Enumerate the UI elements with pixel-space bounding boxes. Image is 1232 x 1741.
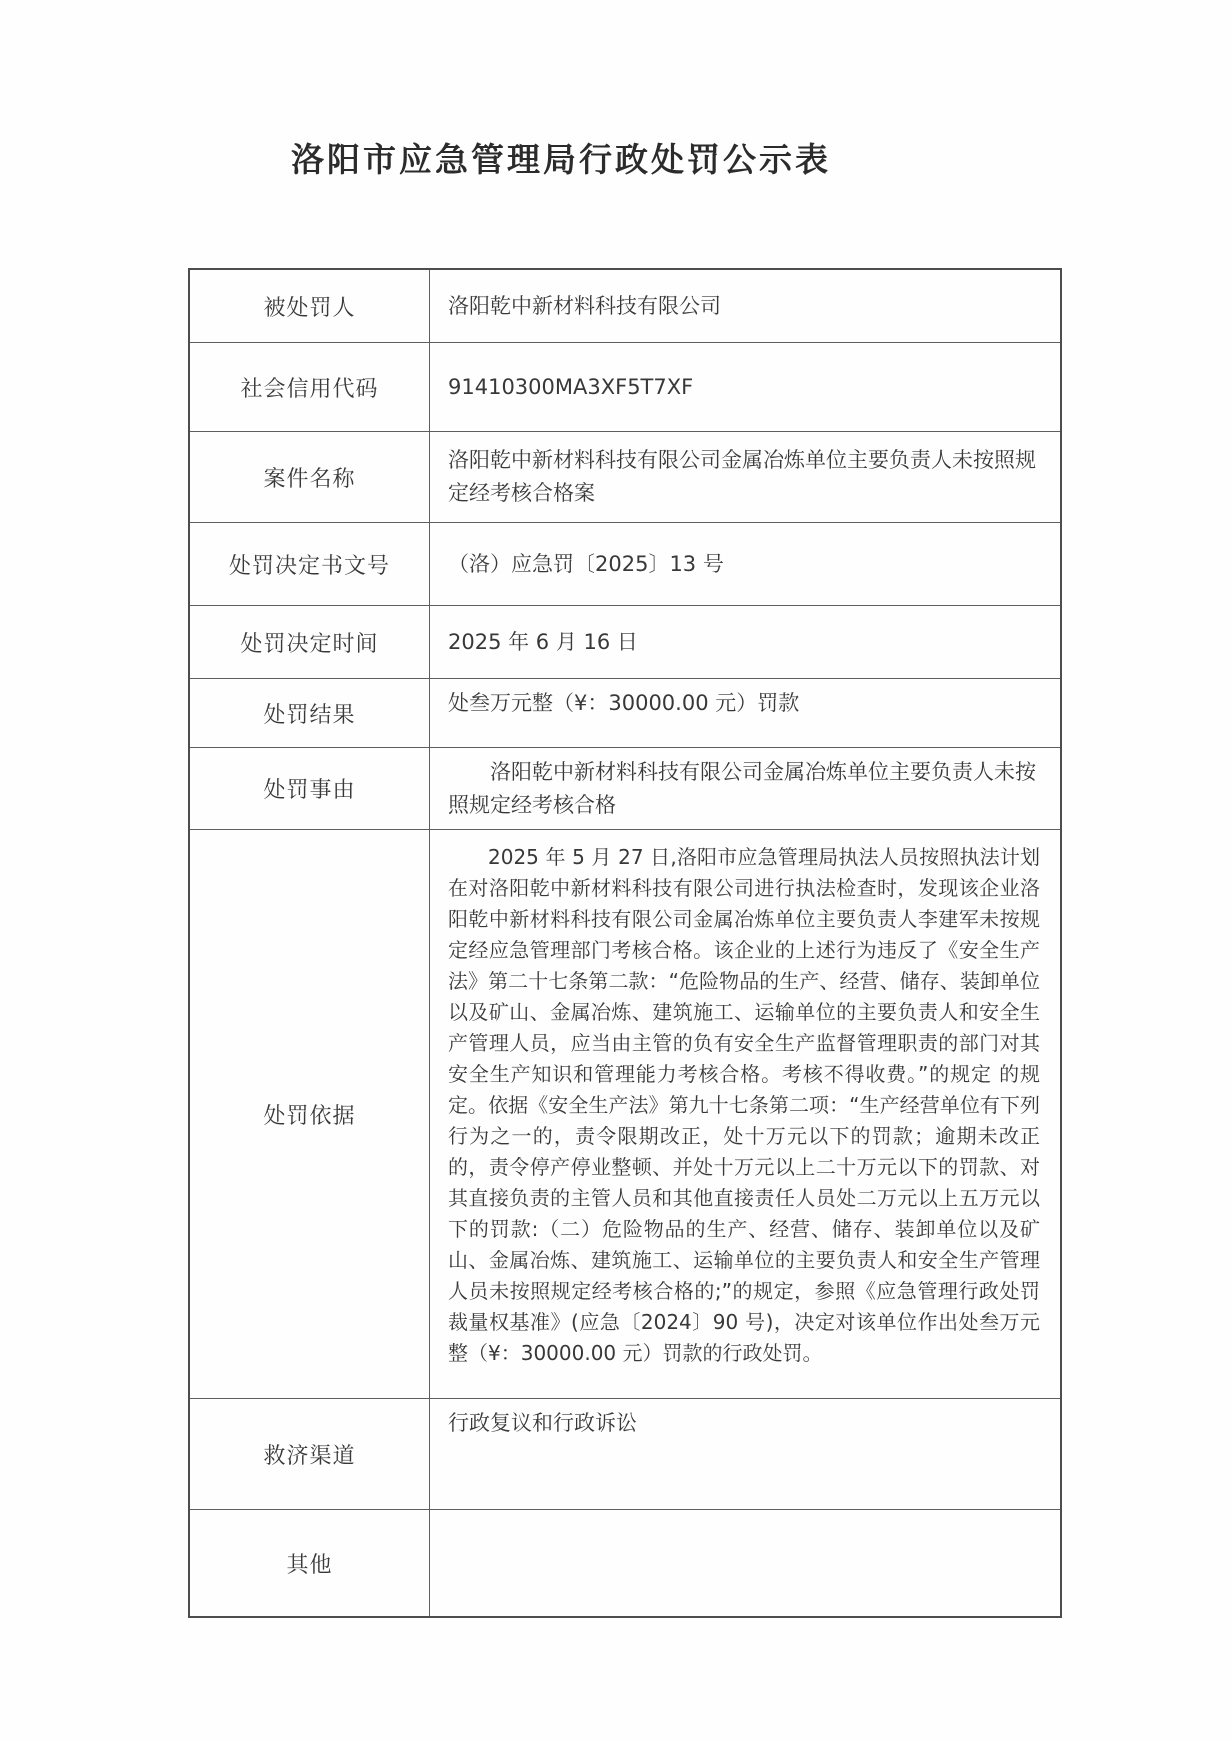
table-row-penalty-result: 处罚结果 处叁万元整（¥：30000.00 元）罚款 (190, 678, 1060, 747)
row-value: （洛）应急罚〔2025〕13 号 (430, 523, 1060, 605)
row-label: 案件名称 (190, 432, 430, 522)
table-row-credit-code: 社会信用代码 91410300MA3XF5T7XF (190, 342, 1060, 431)
row-label: 其他 (190, 1510, 430, 1616)
table-row-penalty-basis: 处罚依据 2025 年 5 月 27 日,洛阳市应急管理局执法人员按照执法计划在… (190, 829, 1060, 1398)
table-row-decision-date: 处罚决定时间 2025 年 6 月 16 日 (190, 605, 1060, 678)
row-label: 处罚事由 (190, 748, 430, 829)
row-value: 91410300MA3XF5T7XF (430, 343, 1060, 431)
table-row-penalty-reason: 处罚事由 洛阳乾中新材料科技有限公司金属冶炼单位主要负责人未按照规定经考核合格 (190, 747, 1060, 829)
row-value: 处叁万元整（¥：30000.00 元）罚款 (430, 679, 1060, 747)
table-row-other: 其他 (190, 1509, 1060, 1616)
row-value: 洛阳乾中新材料科技有限公司金属冶炼单位主要负责人未按照规定经考核合格案 (430, 432, 1060, 522)
row-label: 处罚依据 (190, 830, 430, 1398)
table-row-remedy-channel: 救济渠道 行政复议和行政诉讼 (190, 1398, 1060, 1509)
row-label: 被处罚人 (190, 270, 430, 342)
row-value (430, 1510, 1060, 1616)
row-label: 处罚决定时间 (190, 606, 430, 678)
table-row-case-name: 案件名称 洛阳乾中新材料科技有限公司金属冶炼单位主要负责人未按照规定经考核合格案 (190, 431, 1060, 522)
row-value: 2025 年 6 月 16 日 (430, 606, 1060, 678)
page-title: 洛阳市应急管理局行政处罚公示表 (0, 134, 1122, 181)
row-value: 洛阳乾中新材料科技有限公司金属冶炼单位主要负责人未按照规定经考核合格 (430, 748, 1060, 829)
row-label: 处罚决定书文号 (190, 523, 430, 605)
document-page: 洛阳市应急管理局行政处罚公示表 被处罚人 洛阳乾中新材料科技有限公司 社会信用代… (0, 0, 1232, 1741)
row-label: 社会信用代码 (190, 343, 430, 431)
penalty-table: 被处罚人 洛阳乾中新材料科技有限公司 社会信用代码 91410300MA3XF5… (188, 268, 1062, 1618)
row-label: 救济渠道 (190, 1399, 430, 1509)
table-row-penalized-party: 被处罚人 洛阳乾中新材料科技有限公司 (190, 270, 1060, 342)
row-value: 洛阳乾中新材料科技有限公司 (430, 270, 1060, 342)
table-row-decision-number: 处罚决定书文号 （洛）应急罚〔2025〕13 号 (190, 522, 1060, 605)
row-value: 行政复议和行政诉讼 (430, 1399, 1060, 1509)
row-value: 2025 年 5 月 27 日,洛阳市应急管理局执法人员按照执法计划在对洛阳乾中… (430, 830, 1060, 1398)
row-label: 处罚结果 (190, 679, 430, 747)
